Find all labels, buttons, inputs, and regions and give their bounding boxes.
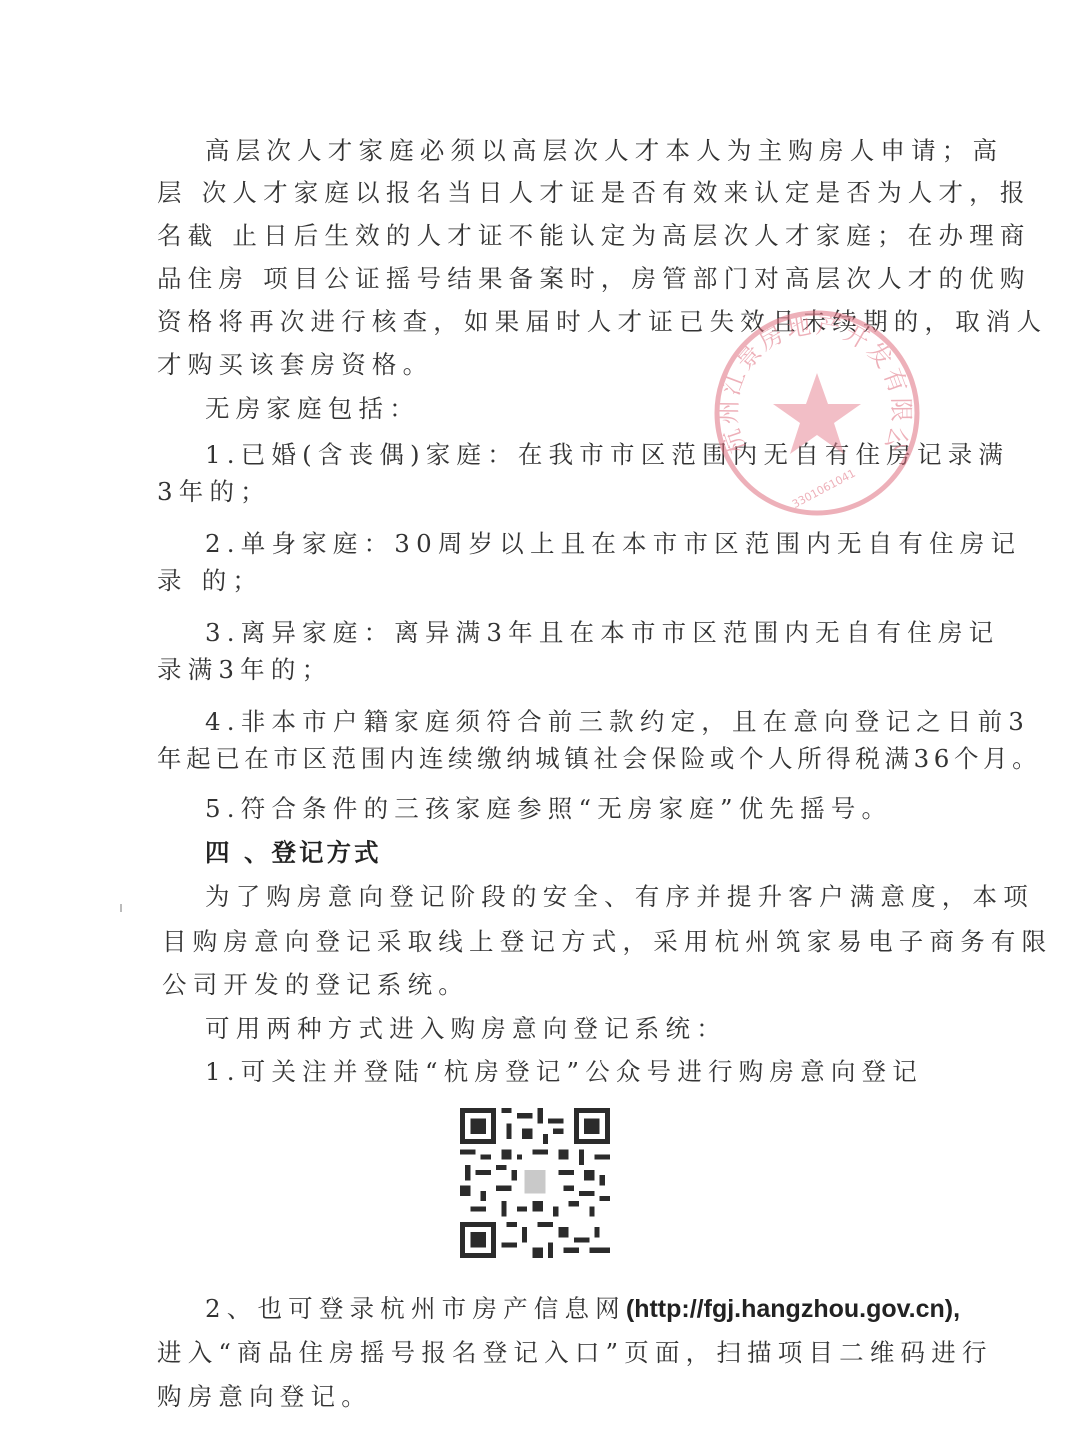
text-line: 才购买该套房资格。 [157, 348, 917, 382]
list-item-1-line: 3年的； [157, 475, 917, 509]
list-item-2-line: 录 的； [157, 564, 917, 598]
list-item-4-line: 年起已在市区范围内连续缴纳城镇社会保险或个人所得税满36个月。 [157, 742, 917, 776]
text-line: 进入“商品住房摇号报名登记入口”页面，扫描项目二维码进行 [157, 1336, 917, 1370]
text-line: 层 次人才家庭以报名当日人才证是否有效来认定是否为人才，报 [157, 176, 917, 210]
list-item-3-line: 录满3年的； [157, 653, 917, 687]
scan-mark [120, 904, 122, 912]
text-line: 资格将再次进行核查，如果届时人才证已失效且未续期的，取消人 [157, 305, 917, 339]
section-heading: 四 、登记方式 [205, 836, 965, 870]
list-item-5-line: 5.符合条件的三孩家庭参照“无房家庭”优先摇号。 [205, 792, 965, 826]
text-line: 名截 止日后生效的人才证不能认定为高层次人才家庭；在办理商 [157, 219, 917, 253]
text-line: 公司开发的登记系统。 [162, 968, 922, 1002]
list-item-4-line: 4.非本市户籍家庭须符合前三款约定，且在意向登记之日前3 [205, 705, 965, 739]
text-line: 可用两种方式进入购房意向登记系统： [205, 1012, 965, 1046]
website-link[interactable]: (http://fgj.hangzhou.gov.cn), [626, 1295, 960, 1323]
document-page: 高层次人才家庭必须以高层次人才本人为主购房人申请；高 层 次人才家庭以报名当日人… [0, 0, 1080, 1446]
text-line: 目购房意向登记采取线上登记方式，采用杭州筑家易电子商务有限 [162, 925, 922, 959]
text-segment: 2、也可登录杭州市房产信息网 [205, 1294, 626, 1323]
text-line: 2、也可登录杭州市房产信息网(http://fgj.hangzhou.gov.c… [205, 1292, 960, 1326]
text-line: 为了购房意向登记阶段的安全、有序并提升客户满意度，本项 [205, 880, 965, 914]
list-item-2-line: 2.单身家庭：30周岁以上且在本市市区范围内无自有住房记 [205, 527, 965, 561]
qr-code-image [460, 1108, 610, 1258]
text-line: 无房家庭包括： [205, 392, 965, 426]
text-line: 高层次人才家庭必须以高层次人才本人为主购房人申请；高 [205, 134, 965, 168]
text-line: 品住房 项目公证摇号结果备案时，房管部门对高层次人才的优购 [157, 262, 917, 296]
text-line: 1.可关注并登陆“杭房登记”公众号进行购房意向登记 [205, 1055, 965, 1089]
text-line: 购房意向登记。 [157, 1380, 917, 1414]
list-item-3-line: 3.离异家庭：离异满3年且在本市市区范围内无自有住房记 [205, 616, 965, 650]
list-item-1-line: 1.已婚(含丧偶)家庭：在我市市区范围内无自有住房记录满 [205, 438, 965, 472]
